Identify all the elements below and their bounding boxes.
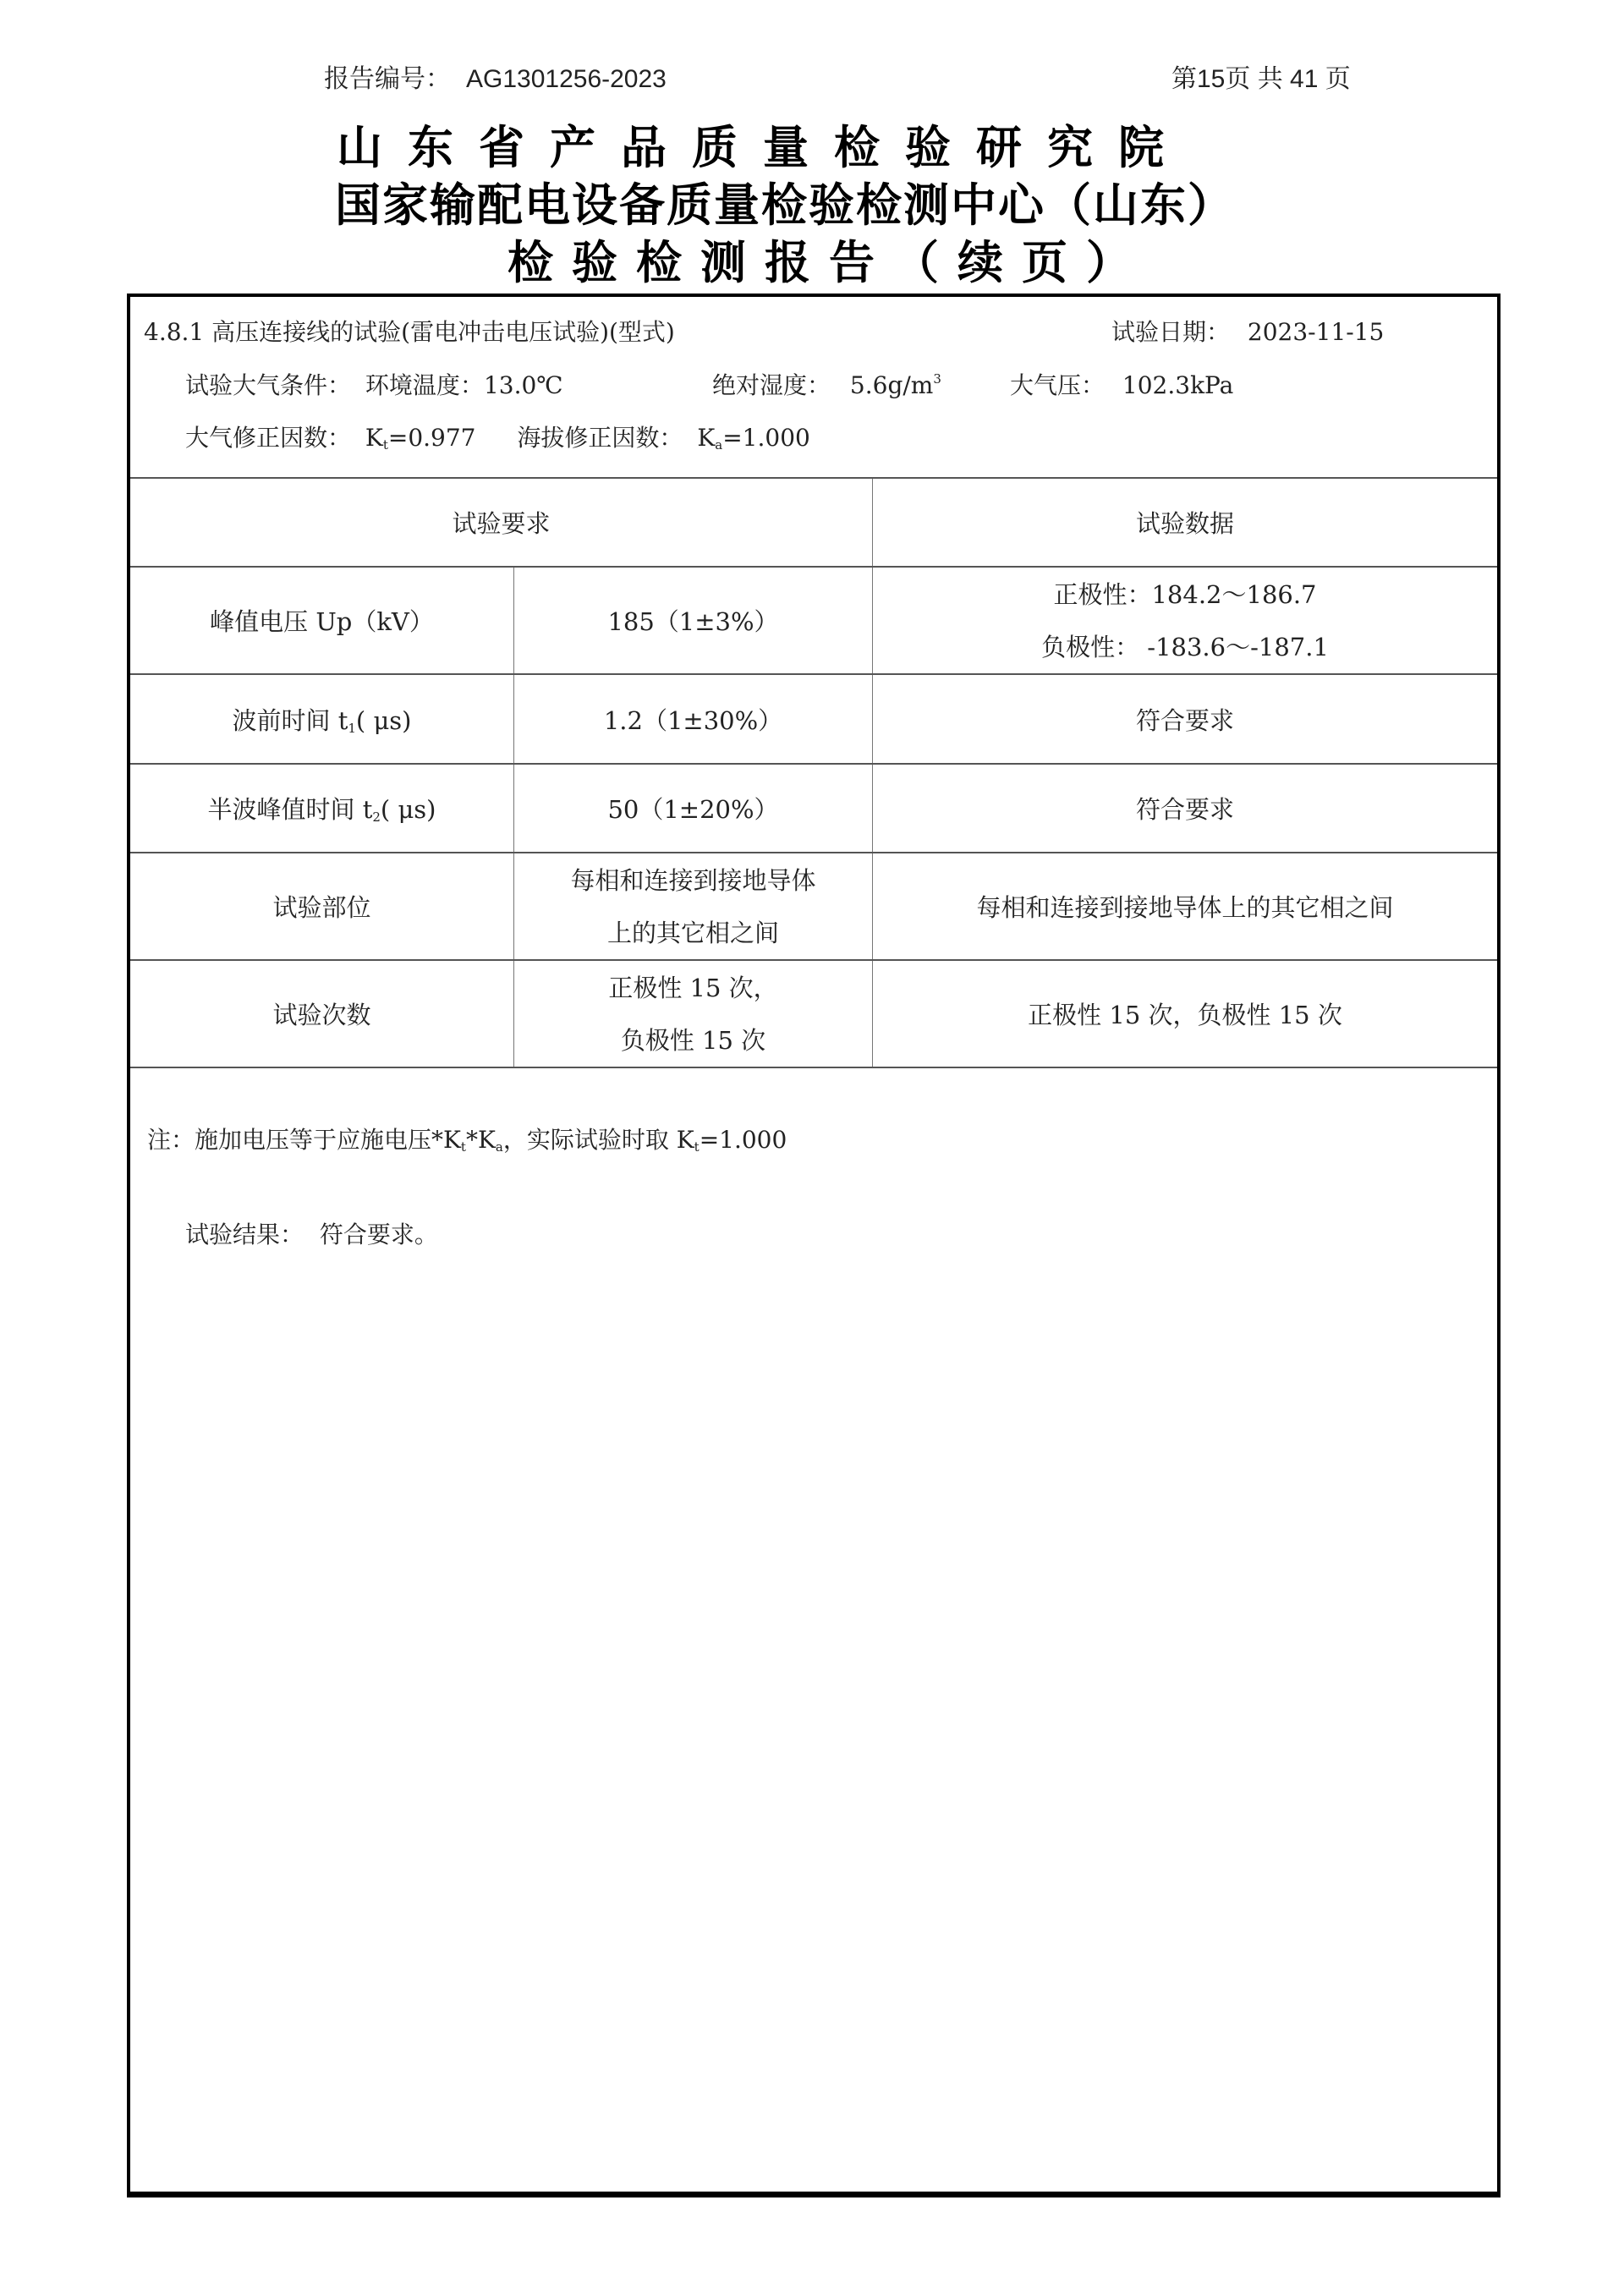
report-frame: 4.8.1 高压连接线的试验(雷电冲击电压试验)(型式) 试验日期： 2023-… [127,294,1501,2197]
table-row: 试验次数 正极性 15 次， 负极性 15 次 正极性 15 次，负极性 15 … [130,960,1497,1067]
data-cell: 正极性 15 次，负极性 15 次 [873,960,1498,1067]
pressure: 大气压： 102.3kPa [1010,367,1233,401]
correction-factors: 大气修正因数： Kt=0.977 海拔修正因数： Ka=1.000 [185,420,810,453]
requirement-cell: 正极性 15 次， 负极性 15 次 [514,960,873,1067]
humidity-unit-exponent: 3 [933,371,941,387]
report-number-value: AG1301256-2023 [466,65,667,93]
requirement-cell: 50（1±20%） [514,764,873,853]
report-number-label: 报告编号： [324,65,451,93]
requirement-cell: 185（1±3%） [514,567,873,674]
data-cell: 每相和连接到接地导体上的其它相之间 [873,853,1498,960]
table-row: 半波峰值时间 t2( μs) 50（1±20%） 符合要求 [130,764,1497,853]
data-cell: 正极性：184.2～186.7 负极性： -183.6～-187.1 [873,567,1498,674]
test-result: 试验结果： 符合要求。 [185,1216,438,1250]
table-row: 峰值电压 Up（kV） 185（1±3%） 正极性：184.2～186.7 负极… [130,567,1497,674]
data-cell: 符合要求 [873,674,1498,764]
table-header-row: 试验要求 试验数据 [130,478,1497,567]
institute-title: 山东省产品质量检验研究院 [337,112,1624,177]
requirement-cell: 每相和连接到接地导体 上的其它相之间 [514,853,873,960]
section-title: 4.8.1 高压连接线的试验(雷电冲击电压试验)(型式) [144,314,675,348]
conditions-label: 试验大气条件： [185,371,351,399]
item-cell: 试验次数 [130,960,514,1067]
center-title: 国家输配电设备质量检验检测中心（山东） [335,169,1624,234]
atm-factor-label: 大气修正因数： [185,424,351,452]
pressure-label: 大气压： [1010,371,1105,399]
table-row: 波前时间 t1( μs) 1.2（1±30%） 符合要求 [130,674,1497,764]
test-table: 试验要求 试验数据 峰值电压 Up（kV） 185（1±3%） 正极性：184.… [130,477,1497,1068]
pressure-value: 102.3kPa [1122,371,1233,399]
atmospheric-conditions: 试验大气条件： 环境温度：13.0℃ [185,367,563,401]
report-title: 检验检测报告（续页） [507,227,1624,292]
temperature-label: 环境温度： [365,371,484,399]
humidity-value: 5.6g/m [850,371,933,399]
test-date: 试验日期： 2023-11-15 [1111,314,1384,348]
data-cell: 符合要求 [873,764,1498,853]
note-text: 注：施加电压等于应施电压*Kt*Ka，实际试验时取 Kt=1.000 [147,1122,787,1155]
requirement-cell: 1.2（1±30%） [514,674,873,764]
item-cell: 半波峰值时间 t2( μs) [130,764,514,853]
atm-factor-value: Kt=0.977 [365,424,476,452]
header-requirement: 试验要求 [130,478,873,567]
test-date-label: 试验日期： [1111,318,1230,346]
temperature-value: 13.0℃ [484,371,563,399]
page-number: 第15页 共 41 页 [1171,65,1351,93]
item-cell: 峰值电压 Up（kV） [130,567,514,674]
alt-factor-value: Ka=1.000 [697,424,810,452]
humidity: 绝对湿度： 5.6g/m3 [712,367,941,401]
test-date-value: 2023-11-15 [1248,318,1384,346]
report-number: 报告编号：AG1301256-2023 [324,58,667,95]
header-data: 试验数据 [873,478,1498,567]
item-cell: 试验部位 [130,853,514,960]
table-row: 试验部位 每相和连接到接地导体 上的其它相之间 每相和连接到接地导体上的其它相之… [130,853,1497,960]
page-indicator: 第15页 共 41 页 [1171,58,1351,95]
humidity-label: 绝对湿度： [712,371,831,399]
result-value: 符合要求。 [320,1221,438,1248]
result-label: 试验结果： [185,1221,304,1248]
item-cell: 波前时间 t1( μs) [130,674,514,764]
alt-factor-label: 海拔修正因数： [517,424,683,452]
